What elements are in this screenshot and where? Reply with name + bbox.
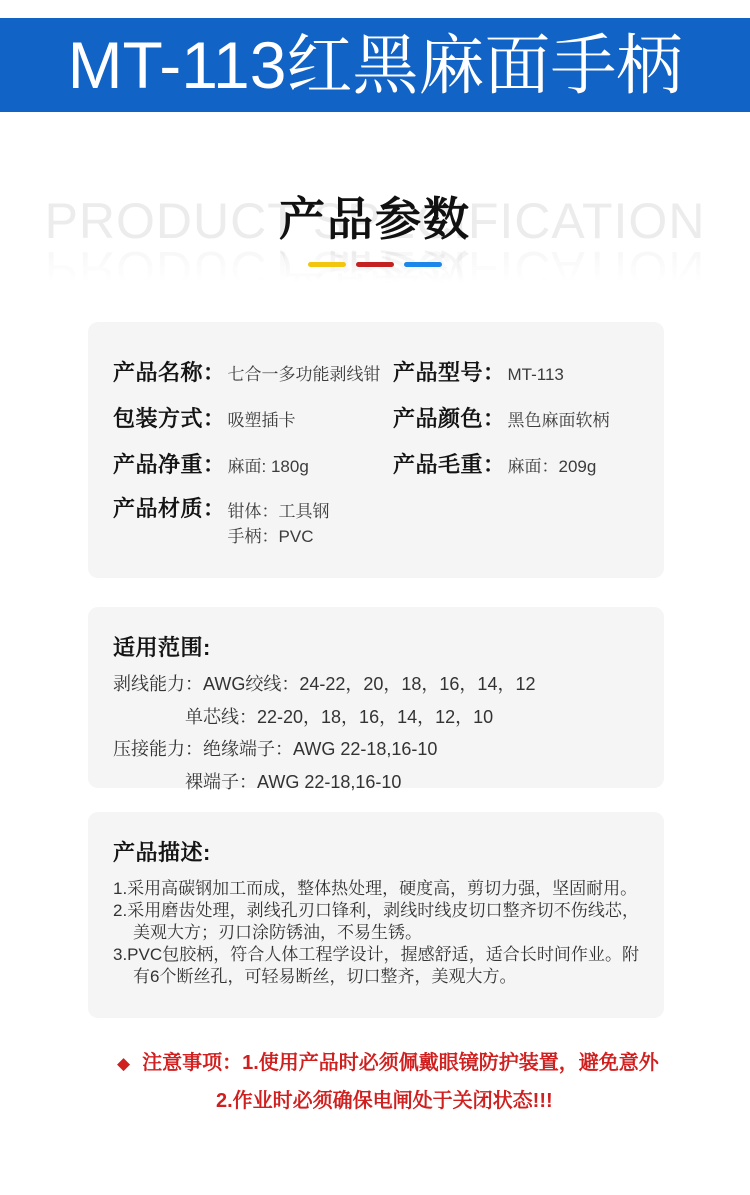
header-reflection: PRODUCT SPECIFICATION 产品参数 [0, 246, 750, 302]
spec-material: 产品材质： 钳体：工具钢 手柄：PVC [113, 496, 393, 549]
warning-section: ◆ 注意事项：1.使用产品时必须佩戴眼镜防护装置，避免意外 2.作业时必须确保电… [0, 1050, 750, 1115]
spec-row-net-gross-weight: 产品净重： 麻面: 180g 产品毛重： 麻面：209g [113, 440, 639, 486]
page-title-reflection: 产品参数 [0, 246, 750, 302]
spec-label: 产品名称： [113, 356, 226, 387]
page-title: 产品参数 [0, 188, 750, 250]
spec-label: 产品毛重： [393, 448, 506, 479]
warning-text-2: 2.作业时必须确保电闸处于关闭状态!!! [216, 1090, 553, 1112]
spec-label: 产品型号： [393, 356, 506, 387]
accent-dashes [0, 262, 750, 267]
spec-material-body: 钳体：工具钢 [228, 499, 330, 524]
spec-value: 黑色麻面软柄 [508, 406, 610, 431]
range-line-bare-terminal: 裸端子：AWG 22-18,16-10 [113, 766, 639, 799]
spec-label: 包装方式： [113, 402, 226, 433]
spec-gross-weight: 产品毛重： 麻面：209g [393, 448, 639, 479]
spec-value: 七合一多功能剥线钳 [228, 360, 381, 385]
spec-material-handle: 手柄：PVC [228, 524, 330, 549]
accent-dash-red [356, 262, 394, 267]
range-title: 适用范围: [113, 635, 639, 661]
range-line-crimping: 压接能力：绝缘端子：AWG 22-18,16-10 [113, 733, 639, 766]
accent-dash-blue [404, 262, 442, 267]
spec-net-weight: 产品净重： 麻面: 180g [113, 448, 393, 479]
spec-label: 产品材质： [113, 496, 226, 522]
spec-row-material: 产品材质： 钳体：工具钢 手柄：PVC [113, 496, 639, 549]
range-card: 适用范围: 剥线能力：AWG绞线：24-22，20，18，16，14，12 单芯… [88, 607, 664, 788]
spec-value: 麻面: 180g [228, 452, 309, 477]
description-card: 产品描述: 1.采用高碳钢加工而成，整体热处理，硬度高，剪切力强，坚固耐用。 2… [88, 812, 664, 1018]
diamond-icon: ◆ [117, 1050, 130, 1077]
spec-value: MT-113 [508, 365, 564, 385]
ghost-watermark-reflection: PRODUCT SPECIFICATION [0, 246, 750, 294]
spec-value: 麻面：209g [508, 452, 597, 477]
spec-value: 钳体：工具钢 手柄：PVC [228, 496, 330, 549]
product-banner: MT-113红黑麻面手柄 [0, 18, 750, 112]
product-banner-title: MT-113红黑麻面手柄 [68, 18, 683, 112]
description-item-1: 1.采用高碳钢加工而成，整体热处理，硬度高，剪切力强，坚固耐用。 [113, 878, 639, 900]
warning-text-1: 注意事项：1.使用产品时必须佩戴眼镜防护装置，避免意外 [142, 1050, 659, 1077]
spec-label: 产品净重： [113, 448, 226, 479]
spec-row-name-model: 产品名称： 七合一多功能剥线钳 产品型号： MT-113 [113, 348, 639, 394]
description-item-3: 3.PVC包胶柄，符合人体工程学设计，握感舒适，适合长时间作业。附有6个断丝孔，… [113, 944, 639, 988]
range-lines: 剥线能力：AWG绞线：24-22，20，18，16，14，12 单芯线：22-2… [113, 668, 639, 798]
spec-packaging: 包装方式： 吸塑插卡 [113, 402, 393, 433]
warning-line-2: 2.作业时必须确保电闸处于关闭状态!!! [216, 1088, 750, 1115]
spec-label: 产品颜色： [393, 402, 506, 433]
warning-line-1: ◆ 注意事项：1.使用产品时必须佩戴眼镜防护装置，避免意外 [117, 1050, 750, 1077]
range-line-solid-wire: 单芯线：22-20，18，16，14，12，10 [113, 701, 639, 734]
description-title: 产品描述: [113, 840, 639, 866]
description-item-2: 2.采用磨齿处理，剥线孔刃口锋利，剥线时线皮切口整齐切不伤线芯，美观大方；刃口涂… [113, 900, 639, 944]
spec-color: 产品颜色： 黑色麻面软柄 [393, 402, 639, 433]
description-items: 1.采用高碳钢加工而成，整体热处理，硬度高，剪切力强，坚固耐用。 2.采用磨齿处… [113, 878, 639, 988]
spec-value: 吸塑插卡 [228, 406, 296, 431]
spec-product-model: 产品型号： MT-113 [393, 356, 639, 387]
specs-card: 产品名称： 七合一多功能剥线钳 产品型号： MT-113 包装方式： 吸塑插卡 … [88, 322, 664, 578]
range-line-stripping: 剥线能力：AWG绞线：24-22，20，18，16，14，12 [113, 668, 639, 701]
spec-row-packaging-color: 包装方式： 吸塑插卡 产品颜色： 黑色麻面软柄 [113, 394, 639, 440]
section-header: PRODUCT SPECIFICATION 产品参数 PRODUCT SPECI… [0, 188, 750, 308]
accent-dash-yellow [308, 262, 346, 267]
spec-product-name: 产品名称： 七合一多功能剥线钳 [113, 356, 393, 387]
